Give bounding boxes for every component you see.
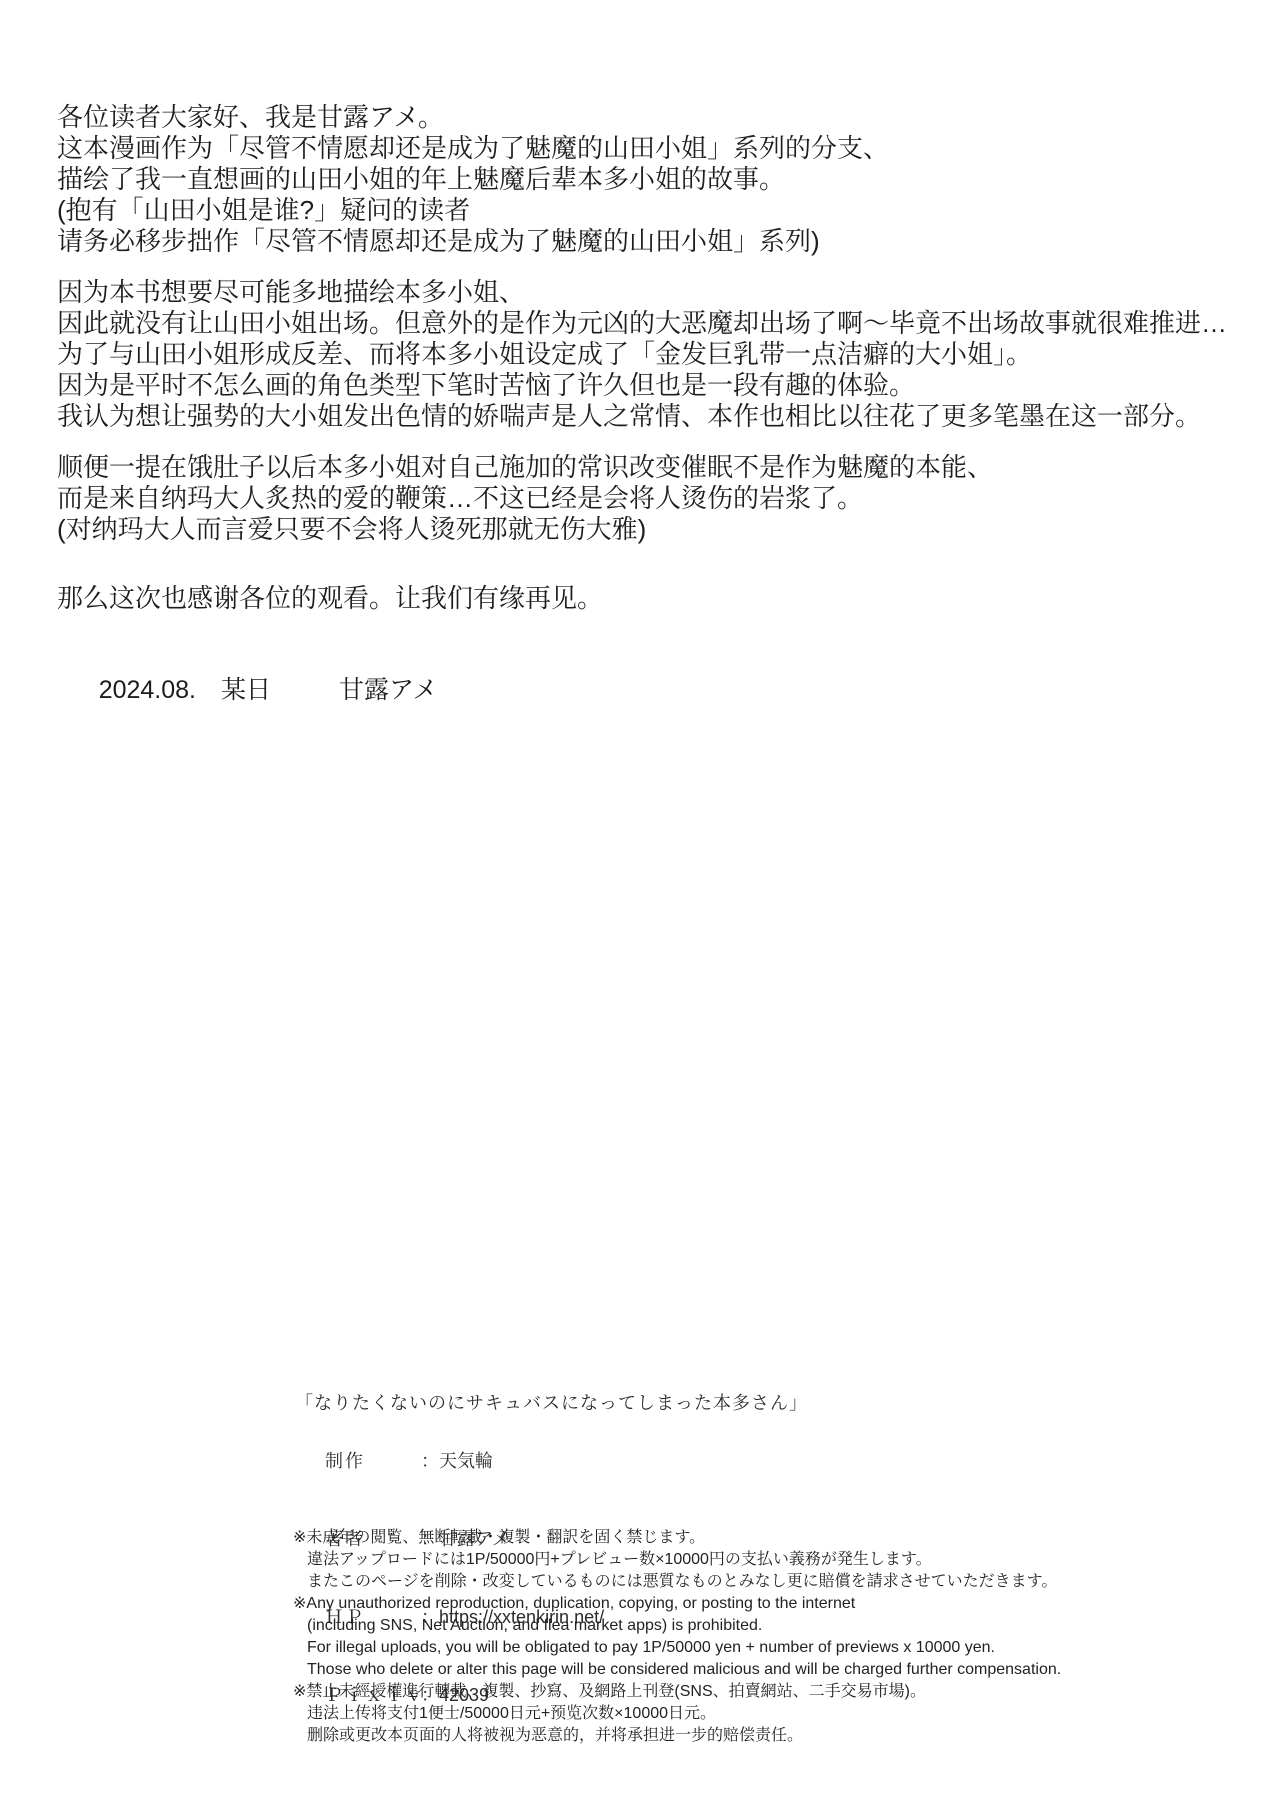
credit-row-production: 制作：天気輪	[295, 1422, 808, 1500]
credit-label: 制作	[325, 1448, 421, 1474]
author-signature: 甘露アメ	[339, 676, 438, 704]
afterword-line: 描绘了我一直想画的山田小姐的年上魅魔后辈本多小姐的故事。	[57, 164, 1250, 195]
date-line: 2024.08. 某日甘露アメ	[57, 644, 1250, 737]
afterword-line: 顺便一提在饿肚子以后本多小姐对自己施加的常识改变催眠不是作为魅魔的本能、	[57, 452, 1250, 483]
legal-line-jp: 違法アップロードには1P/50000円+プレビュー数×10000円の支払い義務が…	[293, 1549, 1260, 1571]
legal-line-en: ※Any unauthorized reproduction, duplicat…	[293, 1593, 1260, 1615]
afterword-line: 我认为想让强势的大小姐发出色情的娇喘声是人之常情、本作也相比以往花了更多笔墨在这…	[57, 401, 1250, 432]
afterword-paragraph-intro: 各位读者大家好、我是甘露アメ。 这本漫画作为「尽管不情愿却还是成为了魅魔的山田小…	[57, 102, 1250, 257]
work-title: 「なりたくないのにサキュバスになってしまった本多さん」	[295, 1390, 808, 1416]
legal-line-zh: 删除或更改本页面的人将被视为恶意的，并将承担进一步的赔偿责任。	[293, 1725, 1260, 1747]
date-text: 2024.08. 某日	[99, 676, 271, 704]
legal-line-jp: ※未成年の閲覧、無断転載・複製・翻訳を固く禁じます。	[293, 1527, 1260, 1549]
legal-line-zh: ※禁止未經授權進行轉載、複製、抄寫、及網路上刊登(SNS、拍賣網站、二手交易市場…	[293, 1681, 1260, 1703]
afterword-line: (抱有「山田小姐是谁?」疑问的读者	[57, 195, 1250, 226]
legal-notice-block: ※未成年の閲覧、無断転載・複製・翻訳を固く禁じます。 違法アップロードには1P/…	[293, 1527, 1260, 1747]
legal-line-en: (including SNS, Net Auction, and flea ma…	[293, 1615, 1260, 1637]
afterword-line: 那么这次也感谢各位的观看。让我们有缘再见。	[57, 583, 1250, 614]
credit-value: ：天気輪	[421, 1451, 493, 1471]
afterword-line: 各位读者大家好、我是甘露アメ。	[57, 102, 1250, 133]
afterword-line: 因此就没有让山田小姐出场。但意外的是作为元凶的大恶魔却出场了啊～毕竟不出场故事就…	[57, 308, 1250, 339]
afterword-line: 请务必移步拙作「尽管不情愿却还是成为了魅魔的山田小姐」系列)	[57, 226, 1250, 257]
legal-line-en: For illegal uploads, you will be obligat…	[293, 1637, 1260, 1659]
legal-line-zh: 违法上传将支付1便士/50000日元+预览次数×10000日元。	[293, 1703, 1260, 1725]
legal-line-en: Those who delete or alter this page will…	[293, 1659, 1260, 1681]
afterword-paragraph-closing: 那么这次也感谢各位的观看。让我们有缘再见。	[57, 583, 1250, 614]
afterword-line: 为了与山田小姐形成反差、而将本多小姐设定成了「金发巨乳带一点洁癖的大小姐」。	[57, 339, 1250, 370]
afterword-line: 这本漫画作为「尽管不情愿却还是成为了魅魔的山田小姐」系列的分支、	[57, 133, 1250, 164]
legal-line-jp: またこのページを削除・改変しているものには悪質なものとみなし更に賠償を請求させて…	[293, 1571, 1260, 1593]
afterword-line: 而是来自纳玛大人炙热的爱的鞭策…不这已经是会将人烫伤的岩浆了。	[57, 483, 1250, 514]
afterword-line: (对纳玛大人而言爱只要不会将人烫死那就无伤大雅)	[57, 514, 1250, 545]
afterword-paragraph-aside: 顺便一提在饿肚子以后本多小姐对自己施加的常识改变催眠不是作为魅魔的本能、 而是来…	[57, 452, 1250, 545]
afterword-line: 因为本书想要尽可能多地描绘本多小姐、	[57, 277, 1250, 308]
afterword-paragraph-character: 因为本书想要尽可能多地描绘本多小姐、 因此就没有让山田小姐出场。但意外的是作为元…	[57, 277, 1250, 432]
afterword-page: 各位读者大家好、我是甘露アメ。 这本漫画作为「尽管不情愿却还是成为了魅魔的山田小…	[0, 0, 1280, 1808]
afterword-line: 因为是平时不怎么画的角色类型下笔时苦恼了许久但也是一段有趣的体验。	[57, 370, 1250, 401]
afterword-text-block: 各位读者大家好、我是甘露アメ。 这本漫画作为「尽管不情愿却还是成为了魅魔的山田小…	[57, 102, 1250, 737]
